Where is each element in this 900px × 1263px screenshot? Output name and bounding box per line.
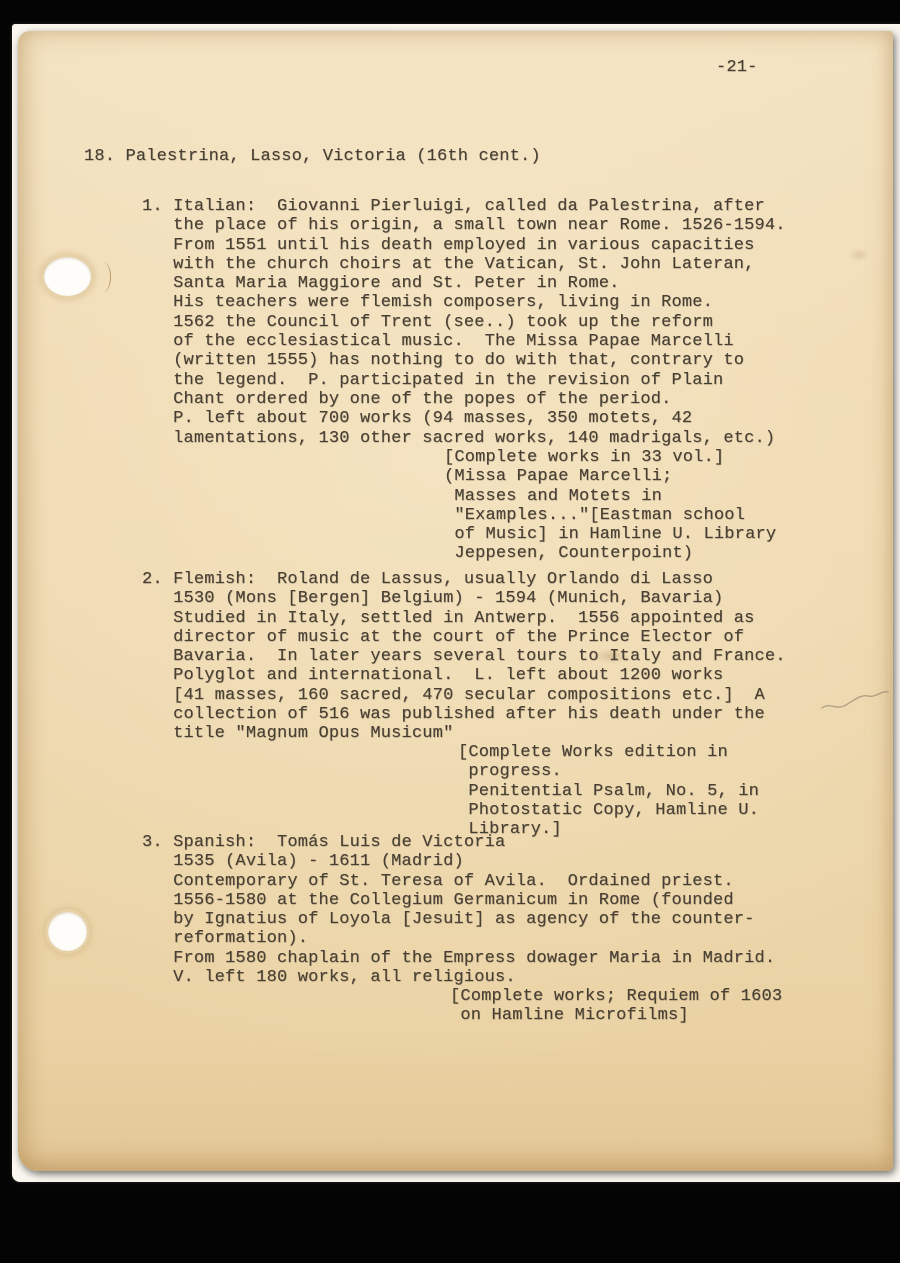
section-flemish-body: 2. Flemish: Roland de Lassus, usually Or… — [142, 570, 786, 744]
page-number: -21- — [716, 58, 758, 77]
section-italian-note: [Complete works in 33 vol.] (Missa Papae… — [444, 448, 776, 564]
section-italian-body: 1. Italian: Giovanni Pierluigi, called d… — [142, 197, 786, 448]
scan-background: -21- 18. Palestrina, Lasso, Victoria (16… — [0, 0, 900, 1263]
hole-punch-bottom — [48, 912, 87, 951]
section-spanish-note: [Complete works; Requiem of 1603 on Haml… — [450, 987, 782, 1026]
topic-heading: 18. Palestrina, Lasso, Victoria (16th ce… — [84, 147, 541, 166]
hole-punch-top — [44, 257, 91, 296]
paper-stain — [848, 248, 870, 262]
section-flemish-note: [Complete Works edition in progress. Pen… — [458, 743, 759, 839]
section-spanish-body: 3. Spanish: Tomás Luis de Victoria 1535 … — [142, 833, 775, 987]
pencil-mark — [820, 682, 890, 718]
hole-punch-torn-flap — [96, 262, 111, 292]
